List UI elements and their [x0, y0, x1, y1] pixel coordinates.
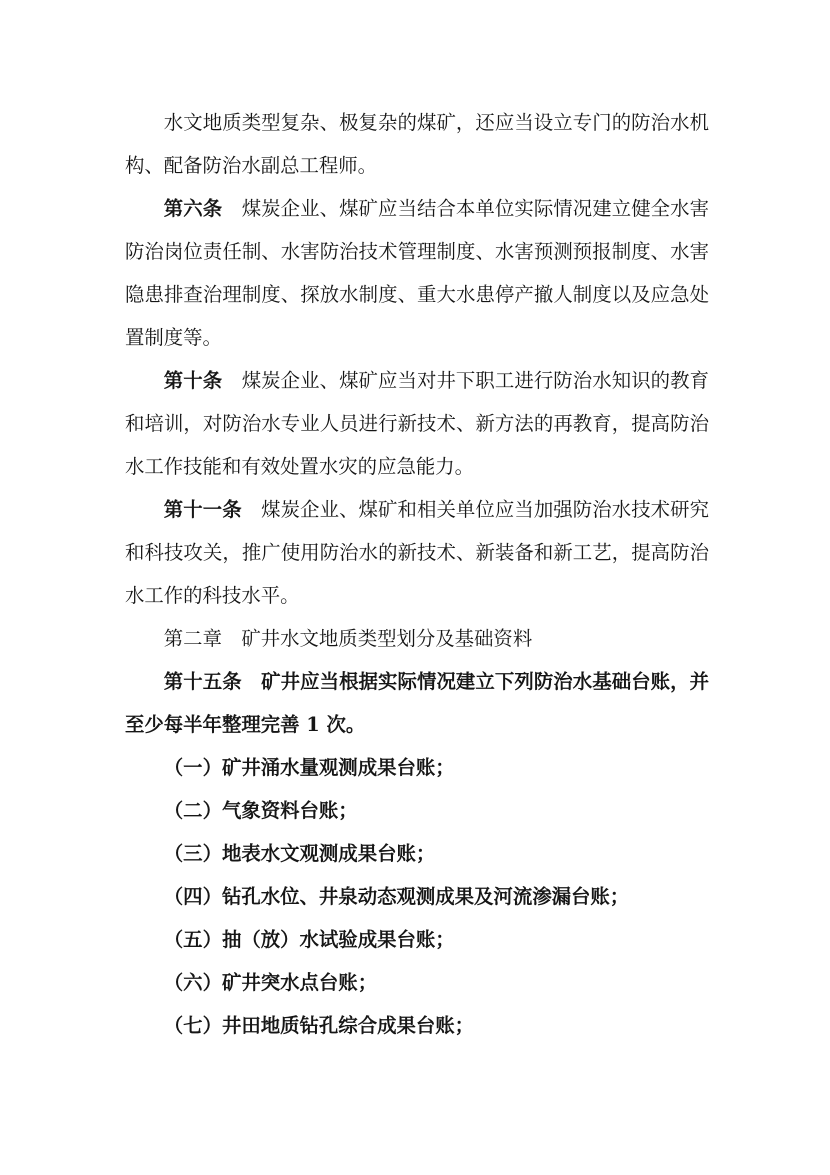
list-item-2: （二）气象资料台账； — [125, 789, 709, 832]
paragraph-text: 水文地质类型复杂、极复杂的煤矿，还应当设立专门的防治水机构、配备防治水副总工程师… — [125, 111, 709, 177]
list-item-4: （四）钻孔水位、井泉动态观测成果及河流渗漏台账； — [125, 875, 709, 918]
article-number: 第六条 — [164, 197, 222, 220]
chapter-number: 第二章 — [164, 627, 222, 650]
paragraph-article-15: 第十五条矿井应当根据实际情况建立下列防治水基础台账，并至少每半年整理完善 1 次… — [125, 660, 709, 746]
list-item-5: （五）抽（放）水试验成果台账； — [125, 918, 709, 961]
document-content: 水文地质类型复杂、极复杂的煤矿，还应当设立专门的防治水机构、配备防治水副总工程师… — [125, 101, 709, 1047]
list-item-6: （六）矿井突水点台账； — [125, 961, 709, 1004]
document-page: 水文地质类型复杂、极复杂的煤矿，还应当设立专门的防治水机构、配备防治水副总工程师… — [0, 0, 830, 1175]
article-number: 第十条 — [164, 369, 222, 392]
paragraph-article-11: 第十一条煤炭企业、煤矿和相关单位应当加强防治水技术研究和科技攻关，推广使用防治水… — [125, 488, 709, 617]
paragraph-article-10: 第十条煤炭企业、煤矿应当对井下职工进行防治水知识的教育和培训，对防治水专业人员进… — [125, 359, 709, 488]
paragraph-intro: 水文地质类型复杂、极复杂的煤矿，还应当设立专门的防治水机构、配备防治水副总工程师… — [125, 101, 709, 187]
list-item-1: （一）矿井涌水量观测成果台账； — [125, 746, 709, 789]
article-number: 第十一条 — [164, 498, 242, 521]
list-item-7: （七）井田地质钻孔综合成果台账； — [125, 1004, 709, 1047]
paragraph-article-6: 第六条煤炭企业、煤矿应当结合本单位实际情况建立健全水害防治岗位责任制、水害防治技… — [125, 187, 709, 359]
chapter-title: 矿井水文地质类型划分及基础资料 — [241, 627, 532, 650]
list-item-3: （三）地表水文观测成果台账； — [125, 832, 709, 875]
chapter-heading: 第二章矿井水文地质类型划分及基础资料 — [125, 617, 709, 660]
article-number: 第十五条 — [164, 670, 242, 693]
